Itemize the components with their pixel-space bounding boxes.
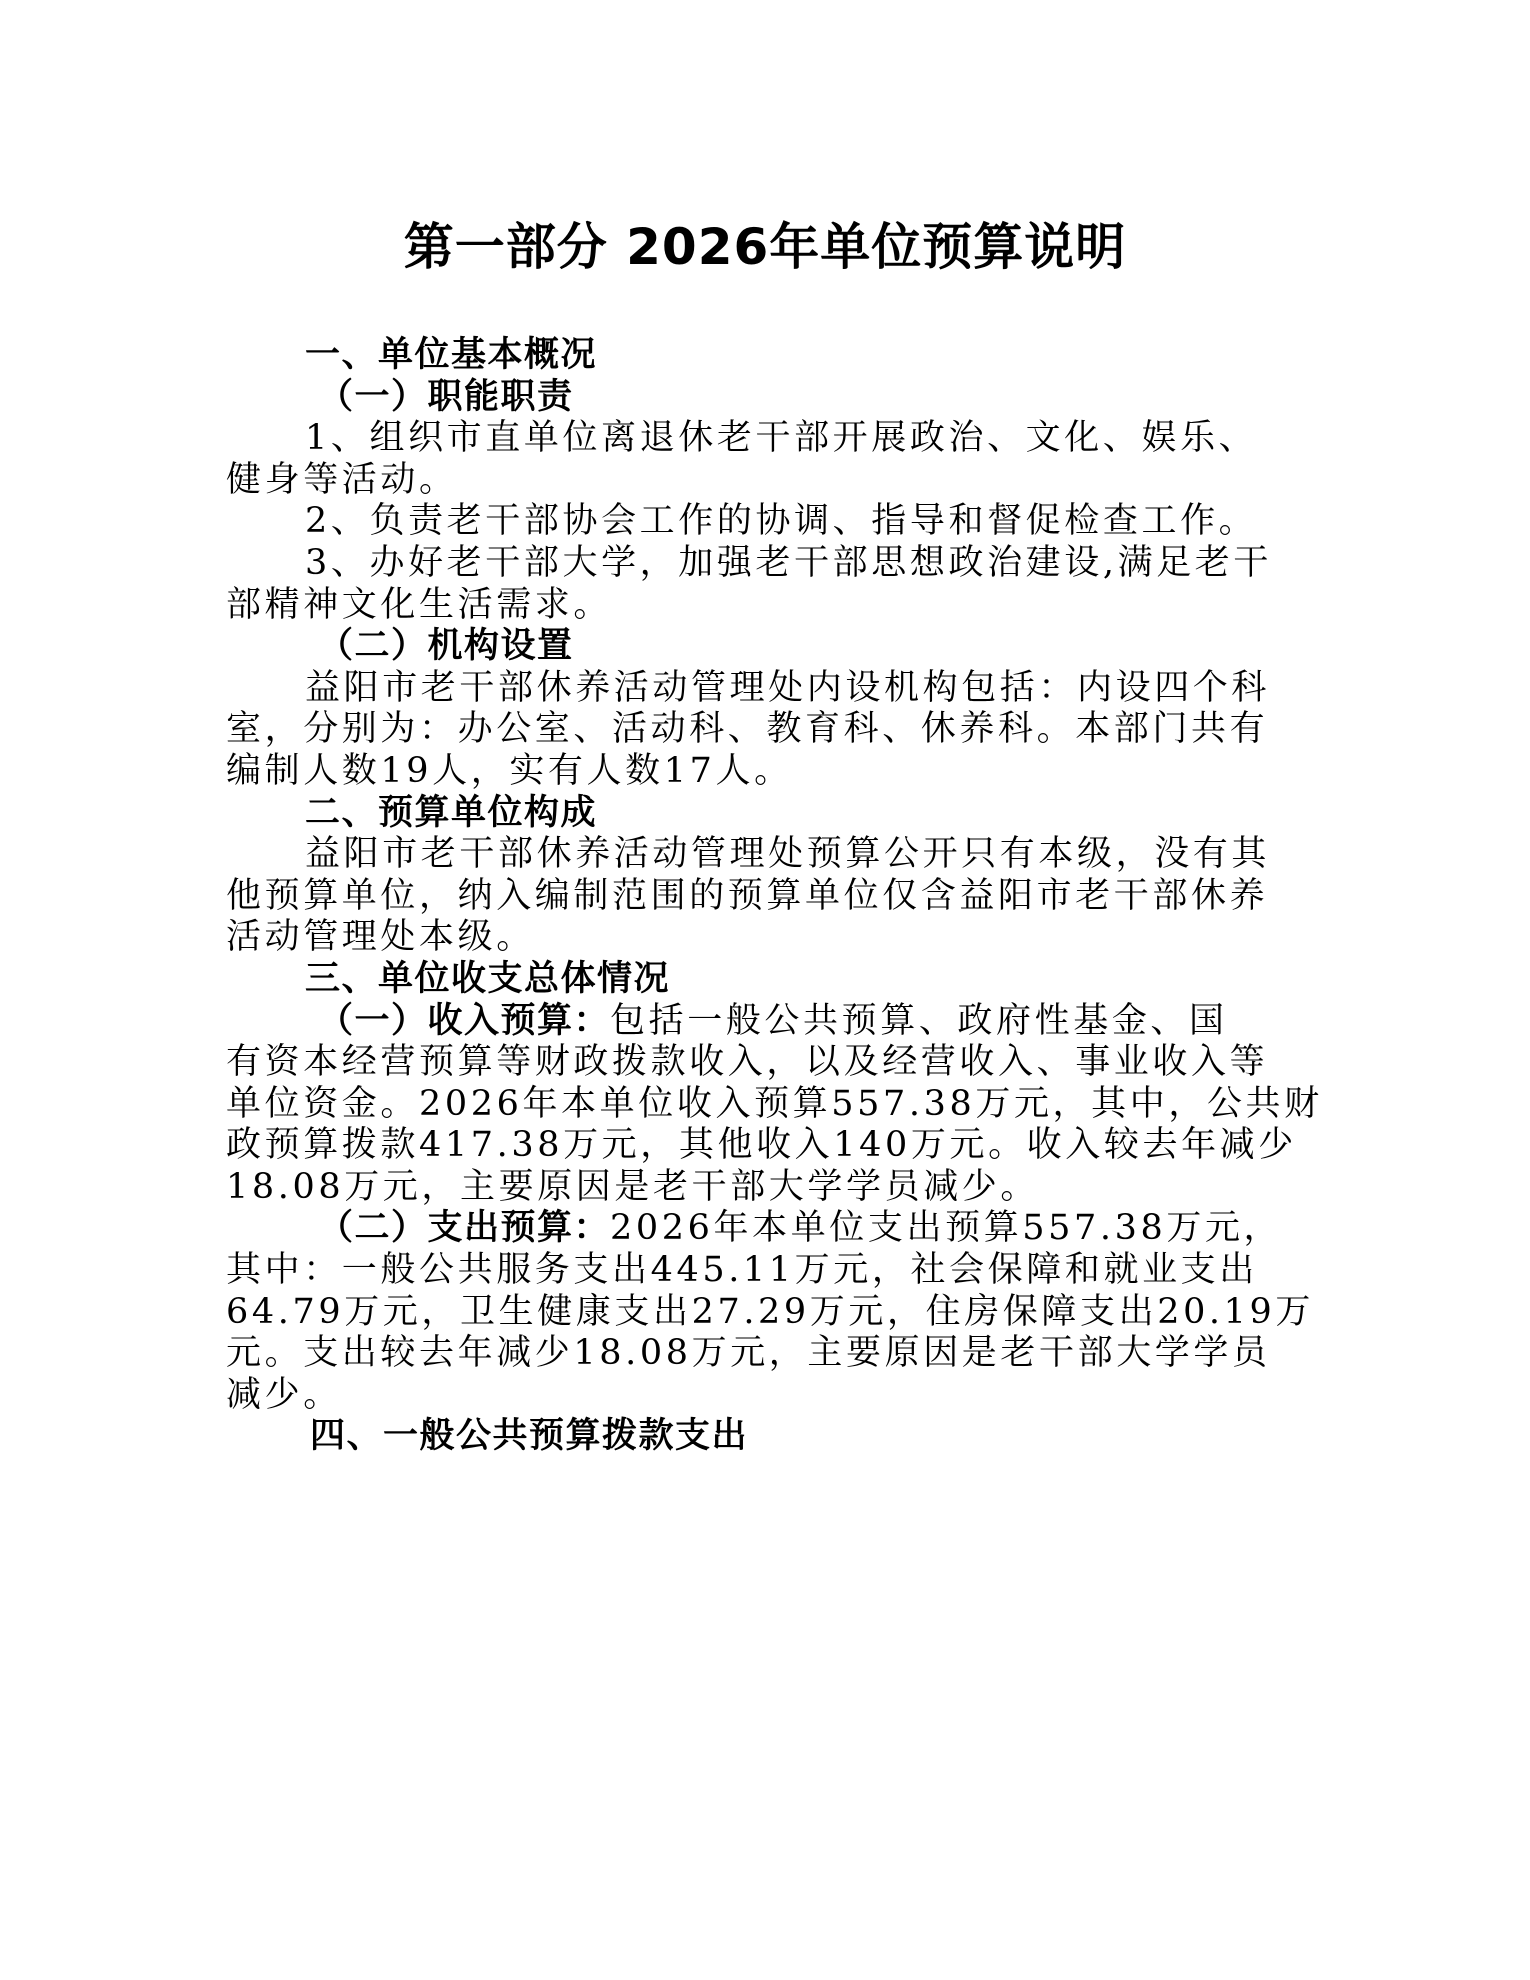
document-page: 第一部分 2026年单位预算说明 一、单位基本概况 （一）职能职责 1、组织市直… — [0, 0, 1530, 1980]
paragraph-line: 他预算单位，纳入编制范围的预算单位仅含益阳市老干部休养 — [226, 876, 1304, 918]
paragraph-line: 益阳市老干部休养活动管理处内设机构包括：内设四个科 — [226, 668, 1304, 710]
subheading-functions: （一）职能职责 — [226, 377, 1304, 419]
section-heading-general-public-budget: 四、一般公共预算拨款支出 — [226, 1416, 1304, 1458]
paragraph-line: 减少。 — [226, 1375, 1304, 1417]
paragraph-text: 包括一般公共预算、政府性基金、国 — [610, 1001, 1228, 1041]
expense-budget-label: （二）支出预算： — [318, 1208, 610, 1248]
paragraph-line: 部精神文化生活需求。 — [226, 585, 1304, 627]
paragraph-line: 2、负责老干部协会工作的协调、指导和督促检查工作。 — [226, 501, 1304, 543]
subheading-organization: （二）机构设置 — [226, 626, 1304, 668]
paragraph-line: 益阳市老干部休养活动管理处预算公开只有本级，没有其 — [226, 834, 1304, 876]
paragraph-line: 64.79万元，卫生健康支出27.29万元，住房保障支出20.19万 — [226, 1292, 1304, 1334]
paragraph-line: 健身等活动。 — [226, 460, 1304, 502]
income-budget-label: （一）收入预算： — [318, 1001, 610, 1041]
paragraph-line: 活动管理处本级。 — [226, 917, 1304, 959]
paragraph-line: 政预算拨款417.38万元，其他收入140万元。收入较去年减少 — [226, 1125, 1304, 1167]
paragraph-line: （一）收入预算：包括一般公共预算、政府性基金、国 — [226, 1001, 1304, 1043]
paragraph-line: 元。支出较去年减少18.08万元，主要原因是老干部大学学员 — [226, 1333, 1304, 1375]
paragraph-line: 有资本经营预算等财政拨款收入，以及经营收入、事业收入等 — [226, 1042, 1304, 1084]
paragraph-line: 3、办好老干部大学，加强老干部思想政治建设,满足老干 — [226, 543, 1304, 585]
section-heading-basic-overview: 一、单位基本概况 — [226, 335, 1304, 377]
page-title: 第一部分 2026年单位预算说明 — [0, 212, 1530, 282]
document-body: 一、单位基本概况 （一）职能职责 1、组织市直单位离退休老干部开展政治、文化、娱… — [226, 335, 1304, 1458]
paragraph-line: （二）支出预算：2026年本单位支出预算557.38万元， — [226, 1208, 1304, 1250]
paragraph-line: 单位资金。2026年本单位收入预算557.38万元，其中，公共财 — [226, 1084, 1304, 1126]
paragraph-line: 1、组织市直单位离退休老干部开展政治、文化、娱乐、 — [226, 418, 1304, 460]
paragraph-text: 2026年本单位支出预算557.38万元， — [610, 1208, 1282, 1248]
section-heading-budget-units: 二、预算单位构成 — [226, 793, 1304, 835]
paragraph-line: 编制人数19人，实有人数17人。 — [226, 751, 1304, 793]
paragraph-line: 18.08万元，主要原因是老干部大学学员减少。 — [226, 1167, 1304, 1209]
paragraph-line: 室，分别为：办公室、活动科、教育科、休养科。本部门共有 — [226, 709, 1304, 751]
paragraph-line: 其中：一般公共服务支出445.11万元，社会保障和就业支出 — [226, 1250, 1304, 1292]
section-heading-income-expense: 三、单位收支总体情况 — [226, 959, 1304, 1001]
